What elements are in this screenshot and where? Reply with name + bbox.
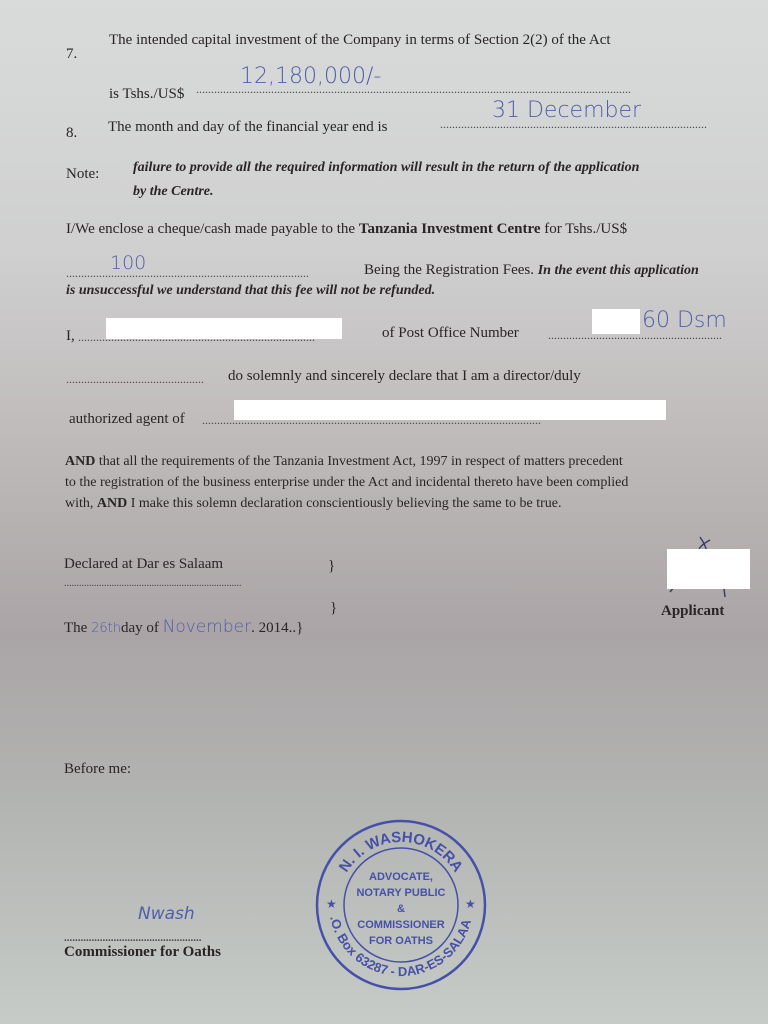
stamp-line2: NOTARY PUBLIC [356, 887, 445, 899]
payment-prefix: I/We enclose a cheque/cash made payable … [66, 221, 355, 237]
commissioner-dotted-line: ........................................… [64, 932, 202, 944]
date-prefix: The [64, 620, 87, 636]
brace-1: } [328, 558, 335, 575]
item7-text: The intended capital investment of the C… [109, 32, 611, 49]
commissioner-signature: Nwash [138, 904, 195, 924]
declaration-para-line1: AND that all the requirements of the Tan… [65, 454, 623, 470]
agent-label: authorized agent of [69, 411, 185, 428]
commissioner-label: Commissioner for Oaths [64, 944, 221, 961]
stamp-star-left: ★ [326, 897, 337, 911]
stamp-line4: COMMISSIONER [357, 919, 444, 931]
redacted-company-name [234, 400, 666, 420]
para-line1-text: that all the requirements of the Tanzani… [99, 454, 623, 469]
redacted-applicant-signature [667, 549, 750, 589]
day-of-label: day of [121, 620, 159, 636]
payment-amount-dotted-line: ........................................… [66, 266, 309, 281]
declaration-i: I, [66, 328, 75, 345]
stamp-line1: ADVOCATE, [369, 871, 433, 883]
note-text-line2: by the Centre. [133, 184, 214, 200]
year-value: 2014 [259, 620, 289, 636]
declaration-para-line3: with, AND I make this solemn declaration… [65, 496, 562, 512]
payee-name: Tanzania Investment Centre [359, 221, 541, 237]
and-keyword-1: AND [65, 454, 95, 469]
item8-financial-year-end[interactable]: 31 December [492, 98, 641, 123]
payment-line2: Being the Registration Fees. In the even… [364, 262, 699, 279]
registration-fees-text: Being the Registration Fees. [364, 262, 534, 278]
redacted-declarant-name [106, 318, 342, 339]
item8-number: 8. [66, 125, 77, 142]
refund-notice: is unsuccessful we understand that this … [66, 283, 435, 299]
notary-stamp: N. I. WASHOKERA P.O. Box 63287 - DAR-ES-… [312, 816, 490, 994]
declarant-location-dotted-line: ........................................… [66, 372, 204, 387]
day-value[interactable]: 26th [91, 621, 121, 636]
note-label: Note: [66, 166, 99, 183]
declared-dotted-line: ........................................… [64, 578, 242, 589]
note-text-line1: failure to provide all the required info… [133, 160, 639, 176]
post-office-label: of Post Office Number [382, 325, 519, 342]
post-office-value[interactable]: 60 Dsm [642, 308, 727, 333]
declared-place: Declared at Dar es Salaam [64, 556, 223, 573]
event-application-text: In the event this application [538, 263, 699, 278]
stamp-line5: FOR OATHS [369, 935, 433, 947]
stamp-line3: & [397, 903, 405, 915]
payment-currency: for Tshs./US$ [544, 221, 627, 237]
payment-amount[interactable]: 100 [110, 252, 146, 274]
item7-capital-value[interactable]: 12,180,000/- [240, 64, 381, 89]
item7-currency-label: is Tshs./US$ [109, 86, 184, 103]
redacted-post-office-number [592, 309, 640, 334]
item8-text: The month and day of the financial year … [108, 119, 388, 136]
and-keyword-2: AND [97, 496, 127, 511]
stamp-star-right: ★ [465, 897, 476, 911]
para-line3-prefix: with, [65, 496, 93, 511]
payment-line1: I/We enclose a cheque/cash made payable … [66, 221, 627, 238]
para-line3-suffix: I make this solemn declaration conscient… [131, 496, 562, 511]
brace-2: } [330, 600, 337, 617]
solemn-declaration-text: do solemnly and sincerely declare that I… [228, 368, 581, 385]
item7-number: 7. [66, 46, 77, 63]
month-value[interactable]: November [163, 617, 251, 637]
declaration-para-line2: to the registration of the business ente… [65, 475, 628, 491]
declared-date-line: The 26thday of November. 2014..} [64, 617, 303, 637]
applicant-label: Applicant [661, 603, 724, 620]
before-me-label: Before me: [64, 761, 131, 778]
